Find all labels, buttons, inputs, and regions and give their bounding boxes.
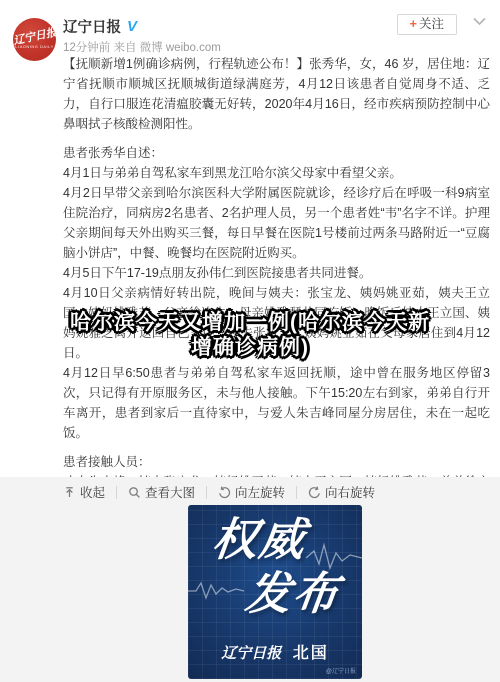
post-paragraph: 患者张秀华自述：	[63, 143, 490, 163]
toolbar-divider	[296, 486, 297, 499]
rotate-right-icon	[308, 486, 321, 499]
post-body: 【抚顺新增1例确诊病例，行程轨迹公布！】张秀华，女，46 岁，居住地：辽宁省抚顺…	[63, 54, 490, 512]
plus-icon: +	[410, 17, 417, 31]
rotate-left-icon	[218, 486, 231, 499]
post-paragraph: 4月2日早带父亲到哈尔滨医科大学附属医院就诊，经诊疗后在呼吸一科9病室住院治疗，…	[63, 183, 490, 263]
post-meta: 12分钟前 来自 微博 weibo.com	[63, 39, 221, 55]
poster-title-line1: 权威	[188, 515, 330, 565]
post-paragraph: 4月5日下午17-19点朋友孙伟仁到医院接患者共同进餐。	[63, 263, 490, 283]
rotate-right-button[interactable]: 向右旋转	[308, 483, 375, 501]
toolbar-divider	[116, 486, 117, 499]
magnifier-icon	[128, 486, 141, 499]
avatar[interactable]: 辽宁日报 LIAONING DAILY	[13, 18, 56, 61]
author-name[interactable]: 辽宁日报	[63, 16, 121, 37]
poster-title-line2: 发布	[224, 569, 362, 619]
follow-button[interactable]: +关注	[397, 14, 457, 35]
view-large-label: 查看大图	[145, 483, 195, 501]
rotate-left-button[interactable]: 向左旋转	[218, 483, 285, 501]
post-paragraph: 4月1日与弟弟自驾私家车到黑龙江哈尔滨父母家中看望父亲。	[63, 163, 490, 183]
collapse-button[interactable]: 收起	[63, 483, 105, 501]
rotate-left-label: 向左旋转	[235, 483, 285, 501]
author-row: 辽宁日报 V	[63, 16, 137, 37]
poster-image[interactable]: 权威 发布 辽宁日报 北国 @辽宁日报	[188, 505, 362, 679]
collapse-label: 收起	[80, 483, 105, 501]
poster-brand-script: 辽宁日报	[221, 644, 281, 662]
rotate-right-label: 向右旋转	[325, 483, 375, 501]
post-paragraph: 【抚顺新增1例确诊病例，行程轨迹公布！】张秀华，女，46 岁，居住地：辽宁省抚顺…	[63, 54, 490, 134]
overlay-title-line2: 增确诊病例)	[0, 335, 500, 360]
avatar-logo-subtext: LIAONING DAILY	[15, 44, 54, 49]
post-paragraph: 4月12日早6:50患者与弟弟自驾私家车返回抚顺，途中曾在服务地区停留3次，只记…	[63, 363, 490, 443]
weibo-post-page: 辽宁日报 LIAONING DAILY 辽宁日报 V 12分钟前 来自 微博 w…	[0, 0, 500, 682]
verified-icon: V	[127, 18, 137, 35]
chevron-down-icon[interactable]	[473, 17, 486, 26]
view-large-button[interactable]: 查看大图	[128, 483, 195, 501]
post-paragraph: 患者接触人员：	[63, 452, 490, 472]
follow-label: 关注	[419, 17, 444, 31]
poster-brand: 辽宁日报 北国	[188, 640, 362, 663]
poster-brand-right: 北国	[293, 645, 329, 662]
media-area: 收起 查看大图 向左旋转 向右旋转 权威	[0, 477, 500, 682]
poster-title: 权威 发布	[188, 515, 362, 619]
overlay-title: 哈尔滨今天又增加一例(哈尔滨今天新 增确诊病例)	[0, 310, 500, 360]
image-toolbar: 收起 查看大图 向左旋转 向右旋转	[63, 483, 375, 501]
collapse-icon	[63, 486, 76, 499]
toolbar-divider	[206, 486, 207, 499]
overlay-title-line1: 哈尔滨今天又增加一例(哈尔滨今天新	[0, 310, 500, 335]
weibo-watermark: @辽宁日报	[326, 666, 356, 675]
